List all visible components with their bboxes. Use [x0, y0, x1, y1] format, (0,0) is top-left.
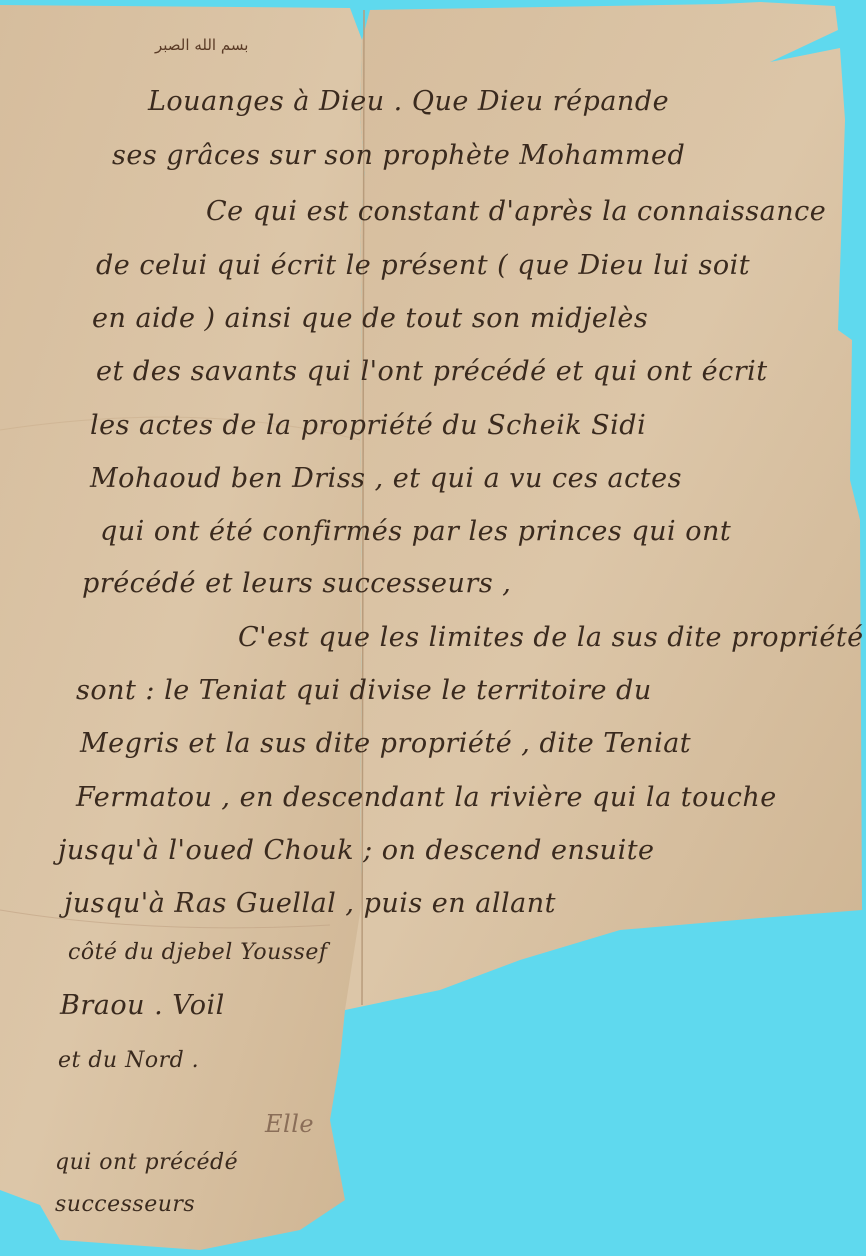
text-line-20: Elle [265, 1110, 314, 1138]
text-line-11: C'est que les limites de la sus dite pro… [238, 622, 864, 653]
text-line-21: qui ont précédé [55, 1150, 238, 1175]
text-line-14: Fermatou , en descendant la rivière qui … [76, 782, 777, 813]
text-line-18: Braou . Voil [60, 990, 225, 1021]
text-line-12: sont : le Teniat qui divise le territoir… [76, 675, 652, 706]
text-line-5: en aide ) ainsi que de tout son midjelès [92, 303, 648, 334]
text-line-4: de celui qui écrit le présent ( que Dieu… [96, 250, 750, 281]
text-line-17: côté du djebel Youssef [68, 940, 328, 965]
arabic-annotation: بسم الله الصبر [155, 36, 248, 54]
text-line-16: jusqu'à Ras Guellal , puis en allant [64, 888, 556, 919]
text-line-3: Ce qui est constant d'après la connaissa… [206, 196, 826, 227]
text-line-8: Mohaoud ben Driss , et qui a vu ces acte… [90, 463, 682, 494]
text-line-19: et du Nord . [58, 1048, 199, 1073]
text-line-7: les actes de la propriété du Scheik Sidi [90, 410, 646, 441]
text-line-2: ses grâces sur son prophète Mohammed [112, 140, 685, 171]
text-line-6: et des savants qui l'ont précédé et qui … [96, 356, 768, 387]
text-line-22: successeurs [55, 1192, 195, 1217]
text-line-10: précédé et leurs successeurs , [82, 568, 511, 599]
text-line-9: qui ont été confirmés par les princes qu… [100, 516, 731, 547]
text-line-13: Megris et la sus dite propriété , dite T… [80, 728, 691, 759]
torn-letter-paper: بسم الله الصبر Louanges à Dieu . Que Die… [0, 0, 866, 1256]
text-line-15: jusqu'à l'oued Chouk ; on descend ensuit… [58, 835, 655, 866]
text-line-1: Louanges à Dieu . Que Dieu répande [148, 86, 669, 117]
